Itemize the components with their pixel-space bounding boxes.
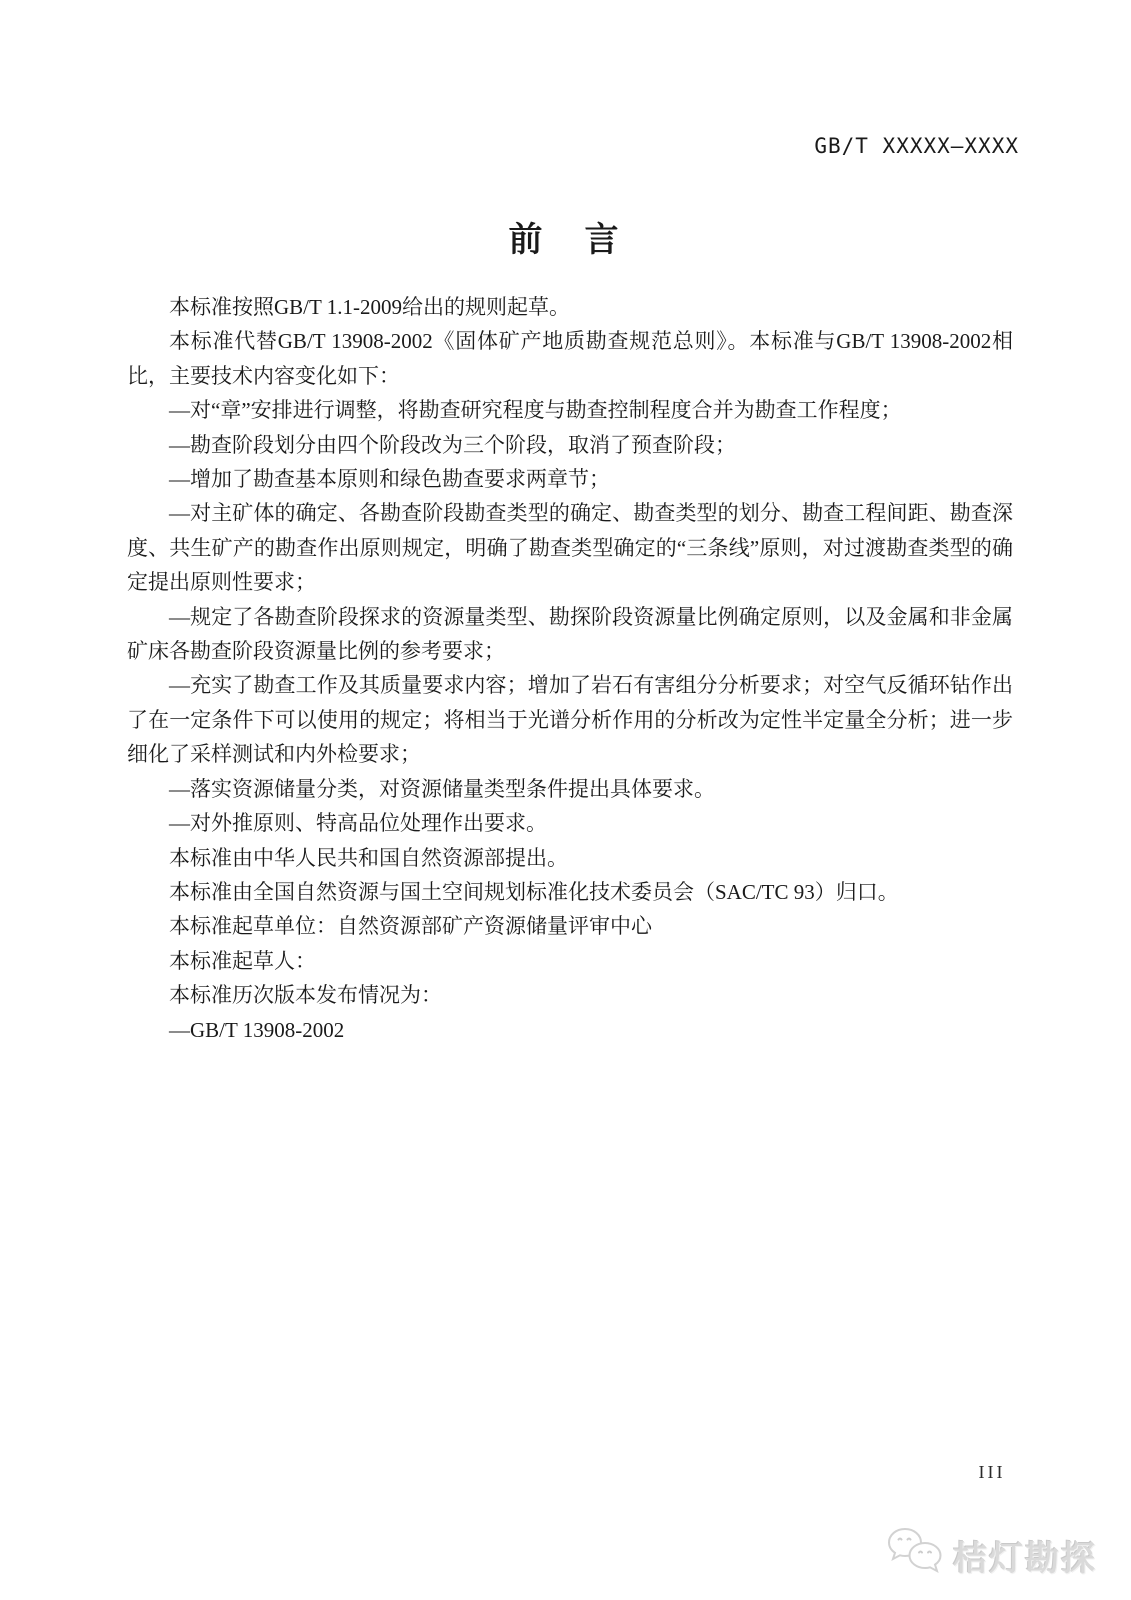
paragraph: 本标准起草单位：自然资源部矿产资源储量评审中心 (127, 909, 1013, 943)
paragraph: 本标准由中华人民共和国自然资源部提出。 (127, 841, 1013, 875)
wechat-chat-bubbles-icon (883, 1526, 945, 1585)
paragraph: —对外推原则、特高品位处理作出要求。 (127, 806, 1013, 840)
document-body: 本标准按照GB/T 1.1-2009给出的规则起草。 本标准代替GB/T 139… (127, 290, 1013, 1047)
standard-code: GB/T XXXXX—XXXX (814, 134, 1019, 158)
paragraph: 本标准历次版本发布情况为： (127, 978, 1013, 1012)
document-page: GB/T XXXXX—XXXX 前 言 本标准按照GB/T 1.1-2009给出… (0, 0, 1131, 1600)
paragraph: —对“章”安排进行调整，将勘查研究程度与勘查控制程度合并为勘查工作程度； (127, 393, 1013, 427)
page-number: III (960, 1462, 1024, 1483)
paragraph: —充实了勘查工作及其质量要求内容；增加了岩石有害组分分析要求；对空气反循环钻作出… (127, 668, 1013, 771)
paragraph: 本标准由全国自然资源与国土空间规划标准化技术委员会（SAC/TC 93）归口。 (127, 875, 1013, 909)
paragraph: —GB/T 13908-2002 (127, 1013, 1013, 1047)
paragraph: —对主矿体的确定、各勘查阶段勘查类型的确定、勘查类型的划分、勘查工程间距、勘查深… (127, 496, 1013, 599)
paragraph: 本标准代替GB/T 13908-2002《固体矿产地质勘查规范总则》。本标准与G… (127, 324, 1013, 393)
watermark-label: 桔灯勘探 (953, 1531, 1097, 1580)
paragraph: 本标准按照GB/T 1.1-2009给出的规则起草。 (127, 290, 1013, 324)
paragraph: —落实资源储量分类，对资源储量类型条件提出具体要求。 (127, 772, 1013, 806)
page-title: 前 言 (0, 212, 1131, 261)
paragraph: —勘查阶段划分由四个阶段改为三个阶段，取消了预查阶段； (127, 428, 1013, 462)
watermark: 桔灯勘探 (883, 1526, 1097, 1585)
paragraph: —规定了各勘查阶段探求的资源量类型、勘探阶段资源量比例确定原则，以及金属和非金属… (127, 600, 1013, 669)
paragraph: 本标准起草人： (127, 944, 1013, 978)
paragraph: —增加了勘查基本原则和绿色勘查要求两章节； (127, 462, 1013, 496)
